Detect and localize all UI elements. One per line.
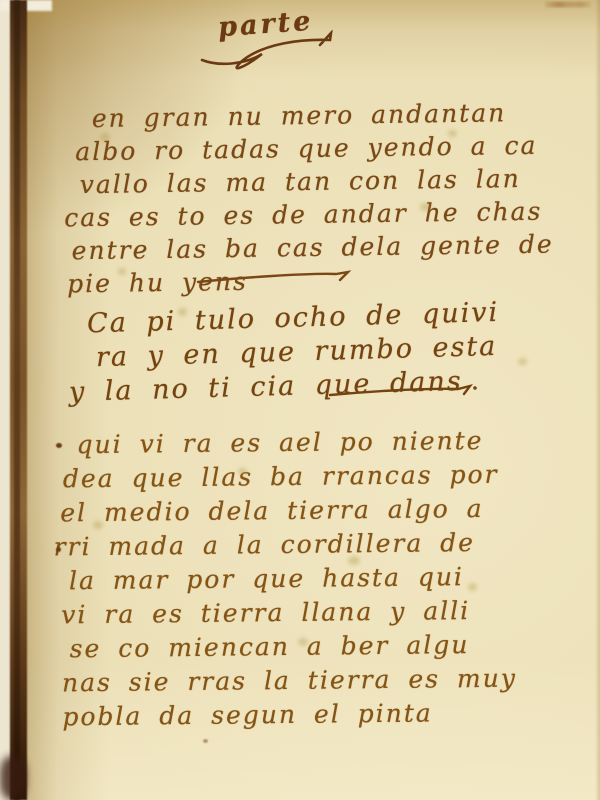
margin-ink-dot bbox=[56, 443, 62, 448]
manuscript-line: qui vi ra es ael po niente bbox=[76, 426, 514, 465]
paragraph-end-flourish bbox=[196, 270, 356, 286]
manuscript-line: se co miencan a ber algu bbox=[70, 630, 517, 669]
foxing-spot bbox=[298, 638, 308, 646]
binding-gutter-core bbox=[14, 0, 20, 800]
manuscript-line: dea que llas ba rrancas por bbox=[63, 460, 515, 499]
binding-bottom-stain bbox=[0, 756, 26, 800]
margin-ink-dot bbox=[56, 547, 61, 552]
foxing-spot bbox=[348, 556, 360, 565]
foxing-spot bbox=[468, 583, 477, 591]
manuscript-line: pobla da segun el pinta bbox=[62, 698, 517, 737]
foxing-spot bbox=[93, 521, 103, 529]
heading-end-flourish bbox=[328, 382, 478, 400]
page-right-edge-shadow bbox=[595, 0, 600, 800]
foxing-spot bbox=[420, 203, 431, 211]
paragraph-quivira-description: qui vi ra es ael po niente dea que llas … bbox=[50, 426, 517, 737]
manuscript-line: vi ra es tierra llana y alli bbox=[61, 596, 516, 635]
foxing-spot bbox=[448, 130, 457, 137]
manuscript-line: la mar por que hasta qui bbox=[69, 562, 516, 601]
foxing-spot bbox=[238, 468, 247, 475]
manuscript-line: el medio dela tierra algo a bbox=[60, 494, 515, 533]
header-paraph-flourish bbox=[198, 30, 348, 74]
foxing-spot bbox=[100, 133, 110, 141]
manuscript-scan: parte en gran nu mero andantan albo ro t… bbox=[0, 0, 600, 800]
manuscript-line: rri mada a la cordillera de bbox=[53, 528, 515, 567]
top-edge-inscription-smudge bbox=[545, 1, 591, 8]
foxing-spot bbox=[118, 268, 126, 275]
margin-ink-dot bbox=[203, 739, 208, 743]
foxing-spot bbox=[518, 358, 527, 365]
foxing-spot bbox=[178, 308, 187, 316]
manuscript-line: nas sie rras la tierra es muy bbox=[62, 664, 517, 703]
